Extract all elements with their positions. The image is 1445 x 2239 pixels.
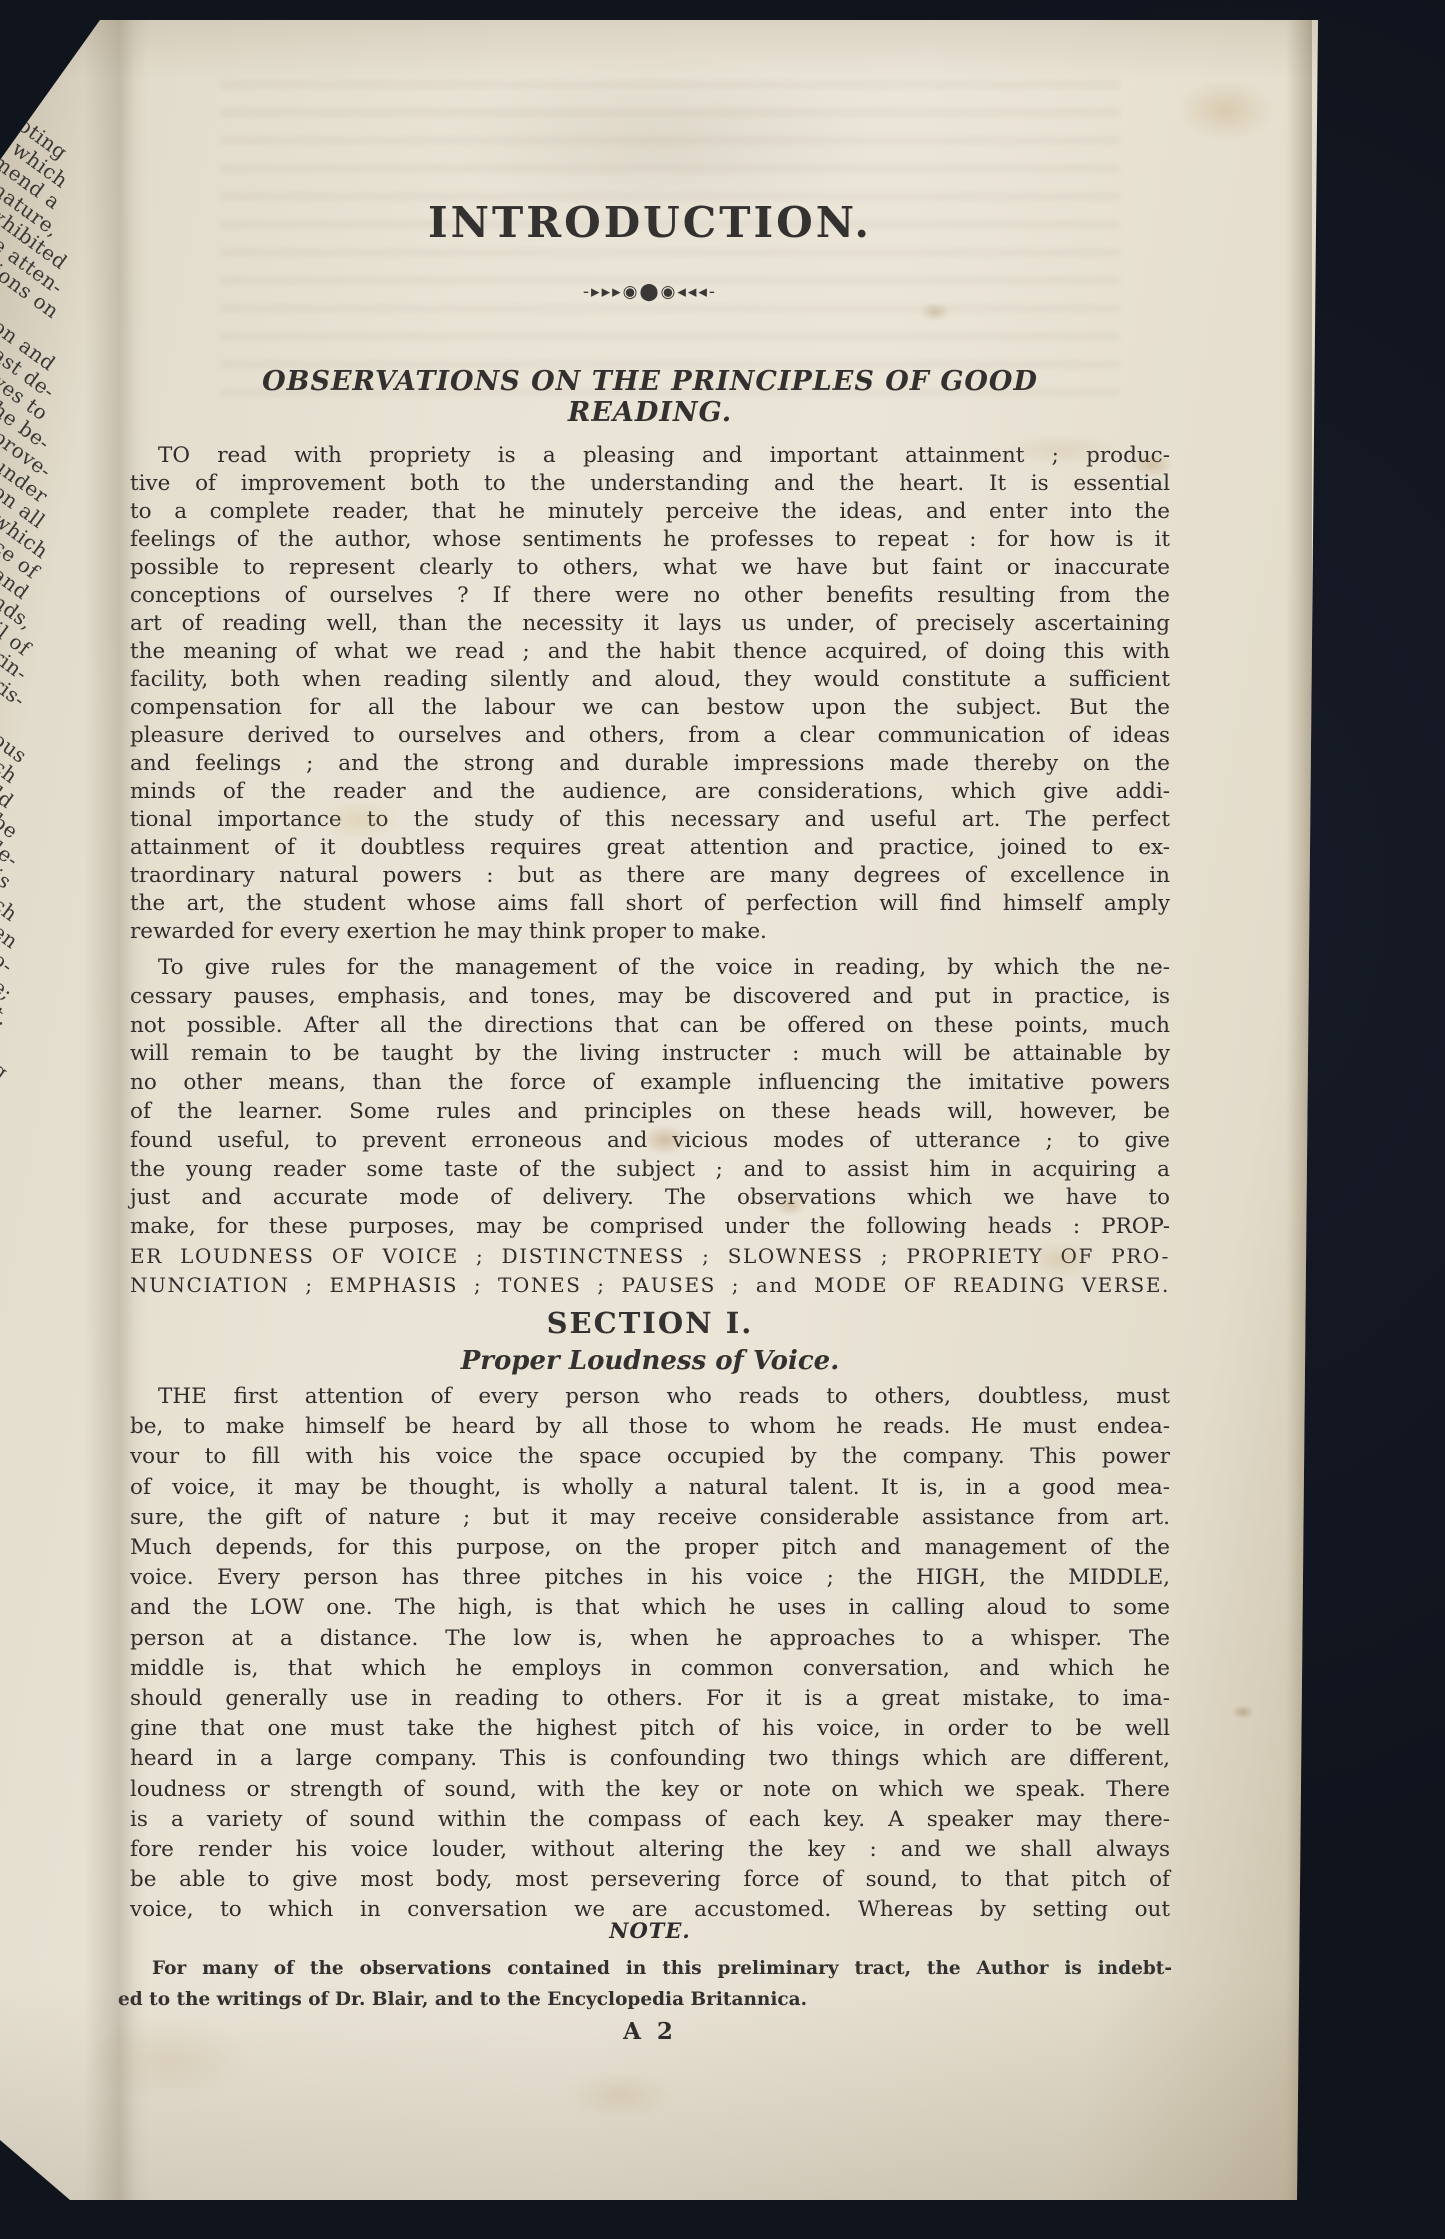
paragraph-3: THE first attention of every person who …	[130, 1382, 1170, 1926]
text-line: should generally use in reading to other…	[130, 1684, 1170, 1714]
text-line: will remain to be taught by the living i…	[130, 1040, 1170, 1069]
text-line: traordinary natural powers : but as ther…	[130, 862, 1170, 890]
text-line: middle is, that which he employs in comm…	[130, 1654, 1170, 1684]
text-line: make, for these purposes, may be compris…	[130, 1213, 1170, 1242]
text-line: fore render his voice louder, without al…	[130, 1835, 1170, 1865]
text-line: NUNCIATION ; EMPHASIS ; TONES ; PAUSES ;…	[130, 1271, 1170, 1300]
text-line: the art, the student whose aims fall sho…	[130, 890, 1170, 918]
text-line: possible to represent clearly to others,…	[130, 554, 1170, 582]
text-line: of voice, it may be thought, is wholly a…	[130, 1473, 1170, 1503]
text-line: the young reader some taste of the subje…	[130, 1156, 1170, 1185]
text-line: person at a distance. The low is, when h…	[130, 1624, 1170, 1654]
text-line: pleasure derived to ourselves and others…	[130, 722, 1170, 750]
text-line: attainment of it doubtless requires grea…	[130, 834, 1170, 862]
text-line: and feelings ; and the strong and durabl…	[130, 750, 1170, 778]
chapter-heading-line1: OBSERVATIONS ON THE PRINCIPLES OF GOOD	[262, 366, 1038, 397]
text-line: vour to fill with his voice the space oc…	[130, 1442, 1170, 1472]
text-line: rewarded for every exertion he may think…	[130, 918, 1170, 946]
previous-page-text-fragment: e;	[0, 974, 18, 1005]
book-page: omotings, whichmend anature,xhibitede at…	[0, 20, 1318, 2200]
text-line: Much depends, for this purpose, on the p…	[130, 1533, 1170, 1563]
section-heading: SECTION I.	[130, 1306, 1170, 1340]
text-line: of the learner. Some rules and principle…	[130, 1098, 1170, 1127]
text-line: minds of the reader and the audience, ar…	[130, 778, 1170, 806]
previous-page-text-fragment: is	[0, 864, 16, 894]
text-line: tional importance to the study of this n…	[130, 806, 1170, 834]
text-line: be, to make himself be heard by all thos…	[130, 1412, 1170, 1442]
paragraph-2: To give rules for the management of the …	[130, 954, 1170, 1300]
text-line: just and accurate mode of delivery. The …	[130, 1184, 1170, 1213]
gutter-crease-shadow	[84, 20, 148, 2200]
text-line: is a variety of sound within the compass…	[130, 1805, 1170, 1835]
text-line: be able to give most body, most persever…	[130, 1865, 1170, 1895]
text-line: not possible. After all the directions t…	[130, 1012, 1170, 1041]
text-line: voice. Every person has three pitches in…	[130, 1563, 1170, 1593]
text-line: TO read with propriety is a pleasing and…	[130, 442, 1170, 470]
text-line: loudness or strength of sound, with the …	[130, 1775, 1170, 1805]
text-line: For many of the observations contained i…	[118, 1953, 1172, 1984]
text-line: heard in a large company. This is confou…	[130, 1744, 1170, 1774]
text-line: found useful, to prevent erroneous and v…	[130, 1127, 1170, 1156]
page-right-edge-shadow	[1286, 20, 1312, 2200]
text-line: sure, the gift of nature ; but it may re…	[130, 1503, 1170, 1533]
text-line: conceptions of ourselves ? If there were…	[130, 582, 1170, 610]
text-line: to a complete reader, that he minutely p…	[130, 498, 1170, 526]
note-heading: NOTE.	[130, 1918, 1170, 1943]
photo-background: omotings, whichmend anature,xhibitede at…	[0, 0, 1445, 2239]
text-line: art of reading well, than the necessity …	[130, 610, 1170, 638]
text-line: ed to the writings of Dr. Blair, and to …	[118, 1984, 1172, 2015]
printer-signature: A 2	[130, 2018, 1170, 2045]
previous-page-text-fragment: o-	[0, 947, 18, 978]
paragraph-1: TO read with propriety is a pleasing and…	[130, 442, 1170, 946]
text-line: ER LOUDNESS OF VOICE ; DISTINCTNESS ; SL…	[130, 1242, 1170, 1271]
chapter-heading-line2: READING.	[568, 397, 732, 428]
text-line: cessary pauses, emphasis, and tones, may…	[130, 983, 1170, 1012]
text-line: feelings of the author, whose sentiments…	[130, 526, 1170, 554]
text-line: gine that one must take the highest pitc…	[130, 1714, 1170, 1744]
chapter-heading: OBSERVATIONS ON THE PRINCIPLES OF GOOD R…	[130, 366, 1170, 428]
text-line: and the LOW one. The high, is that which…	[130, 1593, 1170, 1623]
text-line: the meaning of what we read ; and the ha…	[130, 638, 1170, 666]
text-line: facility, both when reading silently and…	[130, 666, 1170, 694]
text-line: compensation for all the labour we can b…	[130, 694, 1170, 722]
footnote: For many of the observations contained i…	[118, 1953, 1172, 2015]
previous-page-text-fragment: g	[0, 1057, 13, 1084]
text-line: no other means, than the force of exampl…	[130, 1069, 1170, 1098]
page-title: INTRODUCTION.	[130, 198, 1170, 247]
section-subheading: Proper Loudness of Voice.	[130, 1346, 1170, 1376]
ornament-divider: -▸▸▸◉⬤◉◂◂◂-	[130, 282, 1170, 302]
text-line: tive of improvement both to the understa…	[130, 470, 1170, 498]
text-line: THE first attention of every person who …	[130, 1382, 1170, 1412]
text-line: To give rules for the management of the …	[130, 954, 1170, 983]
previous-page-text-fragment: t.	[0, 1002, 14, 1030]
